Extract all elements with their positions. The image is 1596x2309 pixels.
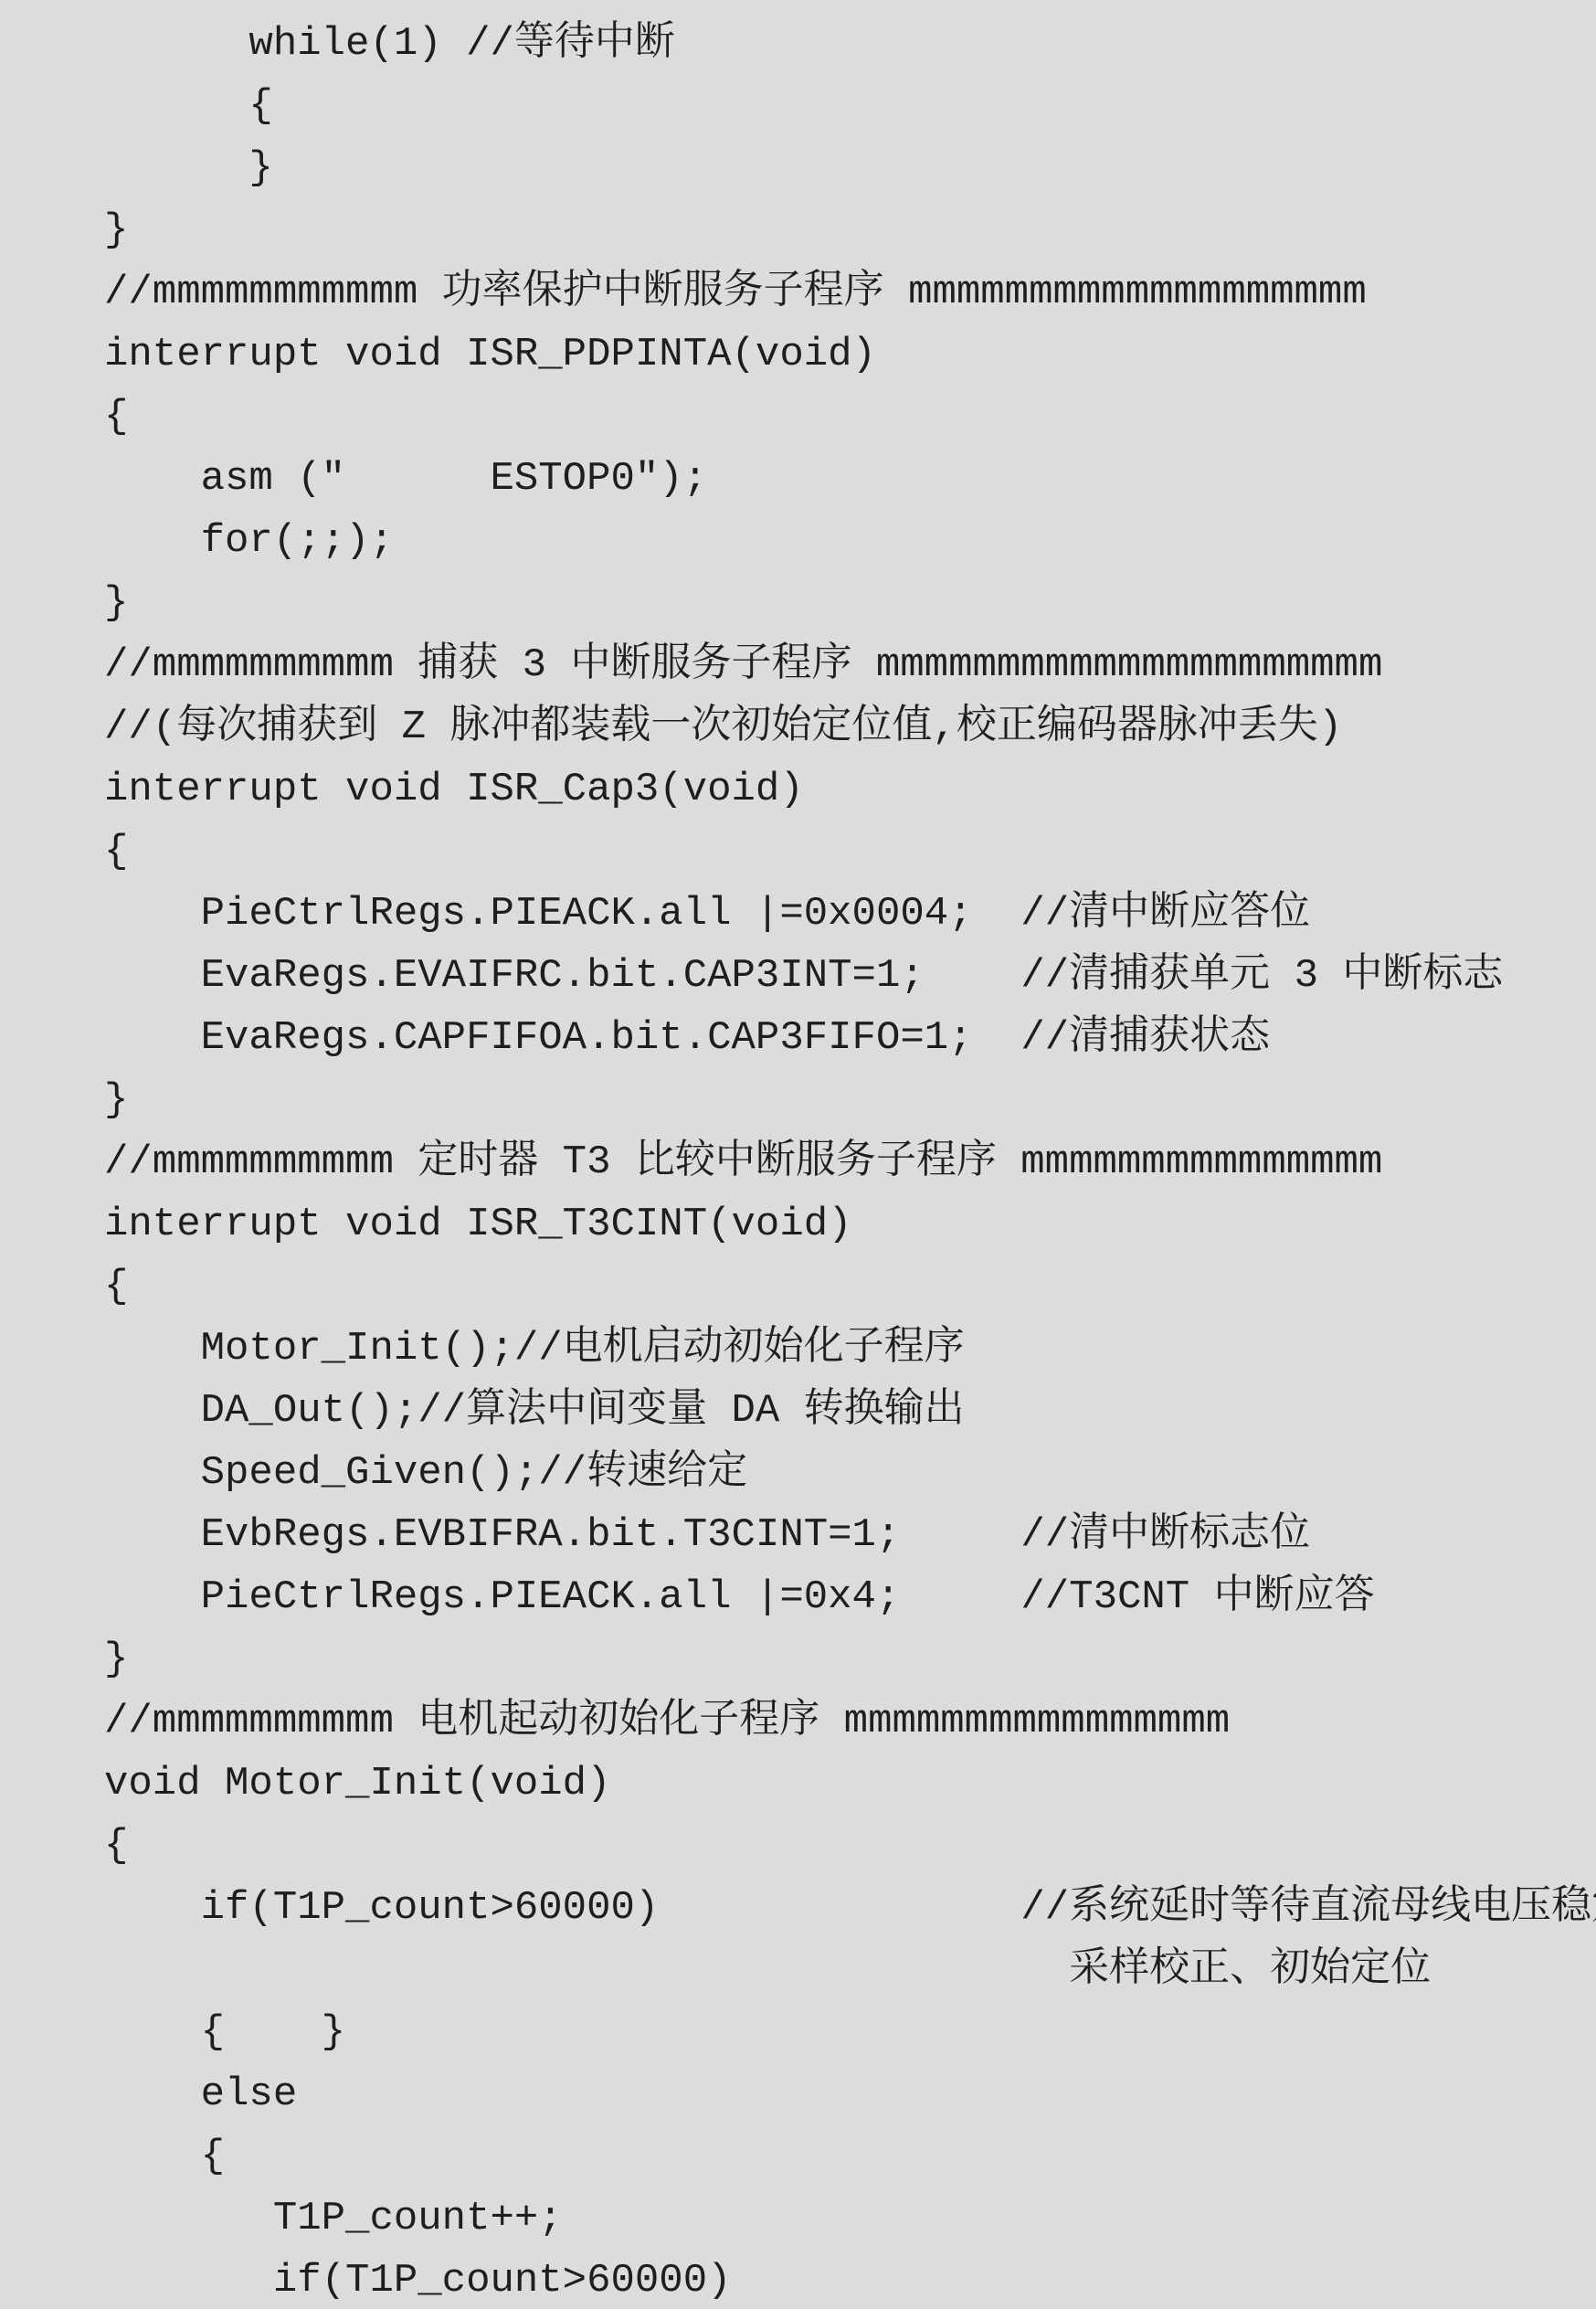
code-line: {	[104, 1255, 1578, 1318]
code-line: //mmmmmmmmmm 捕获 3 中断服务子程序 mmmmmmmmmmmmmm…	[104, 634, 1578, 696]
code-line: void Motor_Init(void)	[104, 1753, 1578, 1815]
code-line: 采样校正、初始定位	[104, 1939, 1578, 2001]
code-line: }	[104, 572, 1578, 634]
code-line: }	[104, 137, 1578, 199]
code-line: DA_Out();//算法中间变量 DA 转换输出	[104, 1380, 1578, 1442]
code-line: if(T1P_count>60000)	[104, 2250, 1578, 2309]
code-line: {	[104, 821, 1578, 883]
code-line: interrupt void ISR_Cap3(void)	[104, 758, 1578, 821]
code-line: for(;;);	[104, 510, 1578, 572]
code-line: PieCtrlRegs.PIEACK.all |=0x4; //T3CNT 中断…	[104, 1566, 1578, 1628]
code-line: //mmmmmmmmmmm 功率保护中断服务子程序 mmmmmmmmmmmmmm…	[104, 261, 1578, 323]
code-line: interrupt void ISR_T3CINT(void)	[104, 1193, 1578, 1255]
code-line: //(每次捕获到 Z 脉冲都装载一次初始定位值,校正编码器脉冲丢失)	[104, 696, 1578, 758]
code-line: //mmmmmmmmmm 电机起动初始化子程序 mmmmmmmmmmmmmmmm	[104, 1690, 1578, 1753]
code-line: else	[104, 2063, 1578, 2125]
code-line: Motor_Init();//电机启动初始化子程序	[104, 1318, 1578, 1380]
code-line: { }	[104, 2001, 1578, 2063]
code-line: }	[104, 1628, 1578, 1690]
code-line: T1P_count++;	[104, 2187, 1578, 2250]
scanned-code-page: while(1) //等待中断 { }}//mmmmmmmmmmm 功率保护中断…	[0, 0, 1596, 2309]
code-line: {	[104, 2125, 1578, 2187]
code-line: interrupt void ISR_PDPINTA(void)	[104, 323, 1578, 386]
code-line: asm (" ESTOP0");	[104, 448, 1578, 510]
code-line: EvbRegs.EVBIFRA.bit.T3CINT=1; //清中断标志位	[104, 1504, 1578, 1566]
code-line: EvaRegs.EVAIFRC.bit.CAP3INT=1; //清捕获单元 3…	[104, 945, 1578, 1007]
code-line: EvaRegs.CAPFIFOA.bit.CAP3FIFO=1; //清捕获状态	[104, 1007, 1578, 1069]
code-line: PieCtrlRegs.PIEACK.all |=0x0004; //清中断应答…	[104, 883, 1578, 945]
code-line: }	[104, 1069, 1578, 1131]
code-line: }	[104, 199, 1578, 261]
code-listing: while(1) //等待中断 { }}//mmmmmmmmmmm 功率保护中断…	[104, 13, 1578, 2309]
code-line: {	[104, 75, 1578, 137]
code-line: {	[104, 1815, 1578, 1877]
code-line: //mmmmmmmmmm 定时器 T3 比较中断服务子程序 mmmmmmmmmm…	[104, 1131, 1578, 1193]
code-line: while(1) //等待中断	[104, 13, 1578, 75]
code-line: Speed_Given();//转速给定	[104, 1442, 1578, 1504]
code-line: if(T1P_count>60000) //系统延时等待直流母线电压稳定、	[104, 1877, 1578, 1939]
code-line: {	[104, 386, 1578, 448]
